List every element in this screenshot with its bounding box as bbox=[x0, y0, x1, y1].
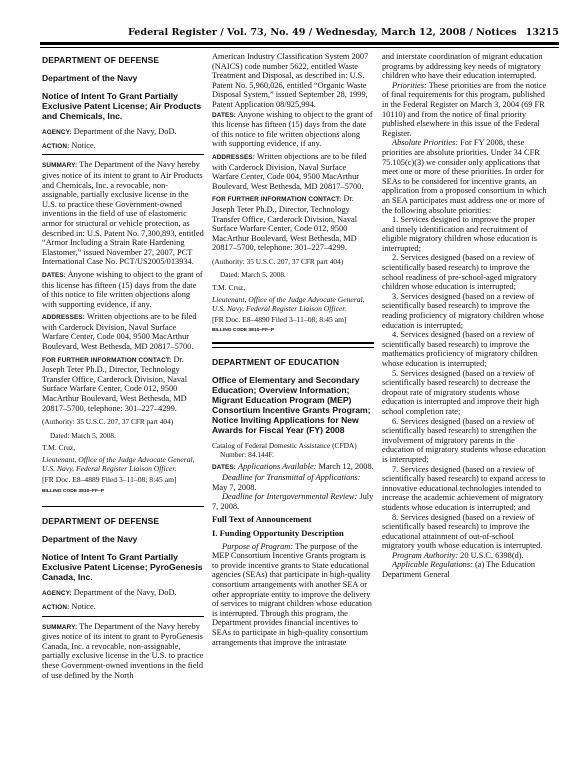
header-rule-thick bbox=[40, 42, 559, 45]
divider bbox=[42, 154, 204, 155]
signer-title: Lieutenant, Office of the Judge Advocate… bbox=[212, 295, 374, 313]
column-right: and interstate coordination of migrant e… bbox=[382, 52, 547, 580]
agency-field: AGENCY: Department of the Navy, DoD. bbox=[42, 588, 204, 599]
applicable-regulations: Applicable Regulations: (a) The Educatio… bbox=[382, 560, 547, 579]
priority-item: 5. Services designed (based on a review … bbox=[382, 369, 547, 417]
notice-title: Notice of Intent To Grant Partially Excl… bbox=[42, 91, 204, 121]
running-head-title: Federal Register / Vol. 73, No. 49 / Wed… bbox=[128, 27, 517, 38]
header-rule-thin bbox=[40, 47, 559, 48]
priority-item: 3. Services designed (based on a review … bbox=[382, 292, 547, 330]
divider bbox=[42, 616, 204, 617]
section-heading: I. Funding Opportunity Description bbox=[212, 529, 374, 539]
department-heading: DEPARTMENT OF DEFENSE bbox=[42, 56, 204, 66]
priority-item: 6. Services designed (based on a review … bbox=[382, 417, 547, 465]
dates-field: DATES: Anyone wishing to object to the g… bbox=[42, 270, 204, 309]
purpose-paragraph: Purpose of Program: The purpose of the M… bbox=[212, 542, 374, 648]
priority-item: 4. Services designed (based on a review … bbox=[382, 330, 547, 368]
billing-code: BILLING CODE 3810–FF–P bbox=[212, 326, 374, 336]
absolute-priorities-paragraph: Absolute Priorities: For FY 2008, these … bbox=[382, 138, 547, 215]
federal-register-page: Federal Register / Vol. 73, No. 49 / Wed… bbox=[0, 0, 587, 758]
priorities-paragraph: Priorities: These priorities are from th… bbox=[382, 81, 547, 139]
priority-item: 8. Services designed (based on a review … bbox=[382, 513, 547, 551]
addresses-field: ADDRESSES: Written objections are to be … bbox=[42, 312, 204, 351]
dated-line: Dated: March 5, 2008. bbox=[220, 270, 374, 280]
signer-name: T.M. Cruz, bbox=[212, 283, 374, 293]
dates-field: DATES: Applications Available: March 12,… bbox=[212, 462, 374, 473]
action-field: ACTION: Notice. bbox=[42, 602, 204, 613]
department-heading: DEPARTMENT OF DEFENSE bbox=[42, 517, 204, 527]
action-field: ACTION: Notice. bbox=[42, 141, 204, 152]
agency-field: AGENCY: Department of the Navy, DoD. bbox=[42, 127, 204, 138]
addresses-field: ADDRESSES: Written objections are to be … bbox=[212, 152, 374, 191]
continued-purpose: and interstate coordination of migrant e… bbox=[382, 52, 547, 81]
intergovernmental-deadline: Deadline for Intergovernmental Review: J… bbox=[212, 492, 374, 511]
fr-doc-line: [FR Doc. E8–4889 Filed 3–11–08; 8:45 am] bbox=[42, 475, 204, 485]
dates-field: DATES: Anyone wishing to object to the g… bbox=[212, 110, 374, 149]
authority-citation: (Authority: 35 U.S.C. 207, 37 CFR part 4… bbox=[212, 257, 374, 267]
cfda-catalog: Catalog of Federal Domestic Assistance (… bbox=[212, 441, 374, 459]
notice-end-rule bbox=[42, 506, 204, 507]
priority-item: 2. Services designed (based on a review … bbox=[382, 253, 547, 291]
department-heading: DEPARTMENT OF EDUCATION bbox=[212, 358, 374, 368]
column-left: DEPARTMENT OF DEFENSE Department of the … bbox=[42, 52, 204, 683]
fr-doc-line: [FR Doc. E8–4890 Filed 3–11–08; 8:45 am] bbox=[212, 315, 374, 325]
running-head: Federal Register / Vol. 73, No. 49 / Wed… bbox=[40, 27, 559, 41]
notice-title: Notice of Intent To Grant Partially Excl… bbox=[42, 552, 204, 582]
column-middle: American Industry Classification System … bbox=[212, 52, 374, 647]
signer-title: Lieutenant, Office of the Judge Advocate… bbox=[42, 455, 204, 473]
program-authority: Program Authority: 20 U.S.C. 6398(d). bbox=[382, 551, 547, 561]
subagency-heading: Department of the Navy bbox=[42, 74, 204, 84]
authority-citation: (Authority: 35 U.S.C. 207, 37 CFR part 4… bbox=[42, 417, 204, 427]
priority-item: 1. Services designed to improve the prop… bbox=[382, 215, 547, 253]
summary-field: SUMMARY: The Department of the Navy here… bbox=[42, 160, 204, 267]
section-rule-thin bbox=[212, 347, 374, 348]
continued-summary: American Industry Classification System … bbox=[212, 52, 374, 110]
summary-field: SUMMARY: The Department of the Navy here… bbox=[42, 622, 204, 681]
subagency-heading: Department of the Navy bbox=[42, 535, 204, 545]
signer-name: T.M. Cruz, bbox=[42, 443, 204, 453]
page-number: 13215 bbox=[526, 27, 559, 38]
notice-title: Office of Elementary and Secondary Educa… bbox=[212, 375, 374, 435]
dated-line: Dated: March 5, 2008. bbox=[50, 431, 204, 441]
contact-field: FOR FURTHER INFORMATION CONTACT: Dr. Jos… bbox=[212, 194, 374, 253]
contact-field: FOR FURTHER INFORMATION CONTACT: Dr. Jos… bbox=[42, 355, 204, 414]
priority-item: 7. Services designed (based on a review … bbox=[382, 465, 547, 513]
transmittal-deadline: Deadline for Transmittal of Applications… bbox=[212, 473, 374, 492]
section-rule-thick bbox=[212, 342, 374, 344]
full-text-heading: Full Text of Announcement bbox=[212, 515, 374, 525]
billing-code: BILLING CODE 3810–FF–P bbox=[42, 487, 204, 497]
